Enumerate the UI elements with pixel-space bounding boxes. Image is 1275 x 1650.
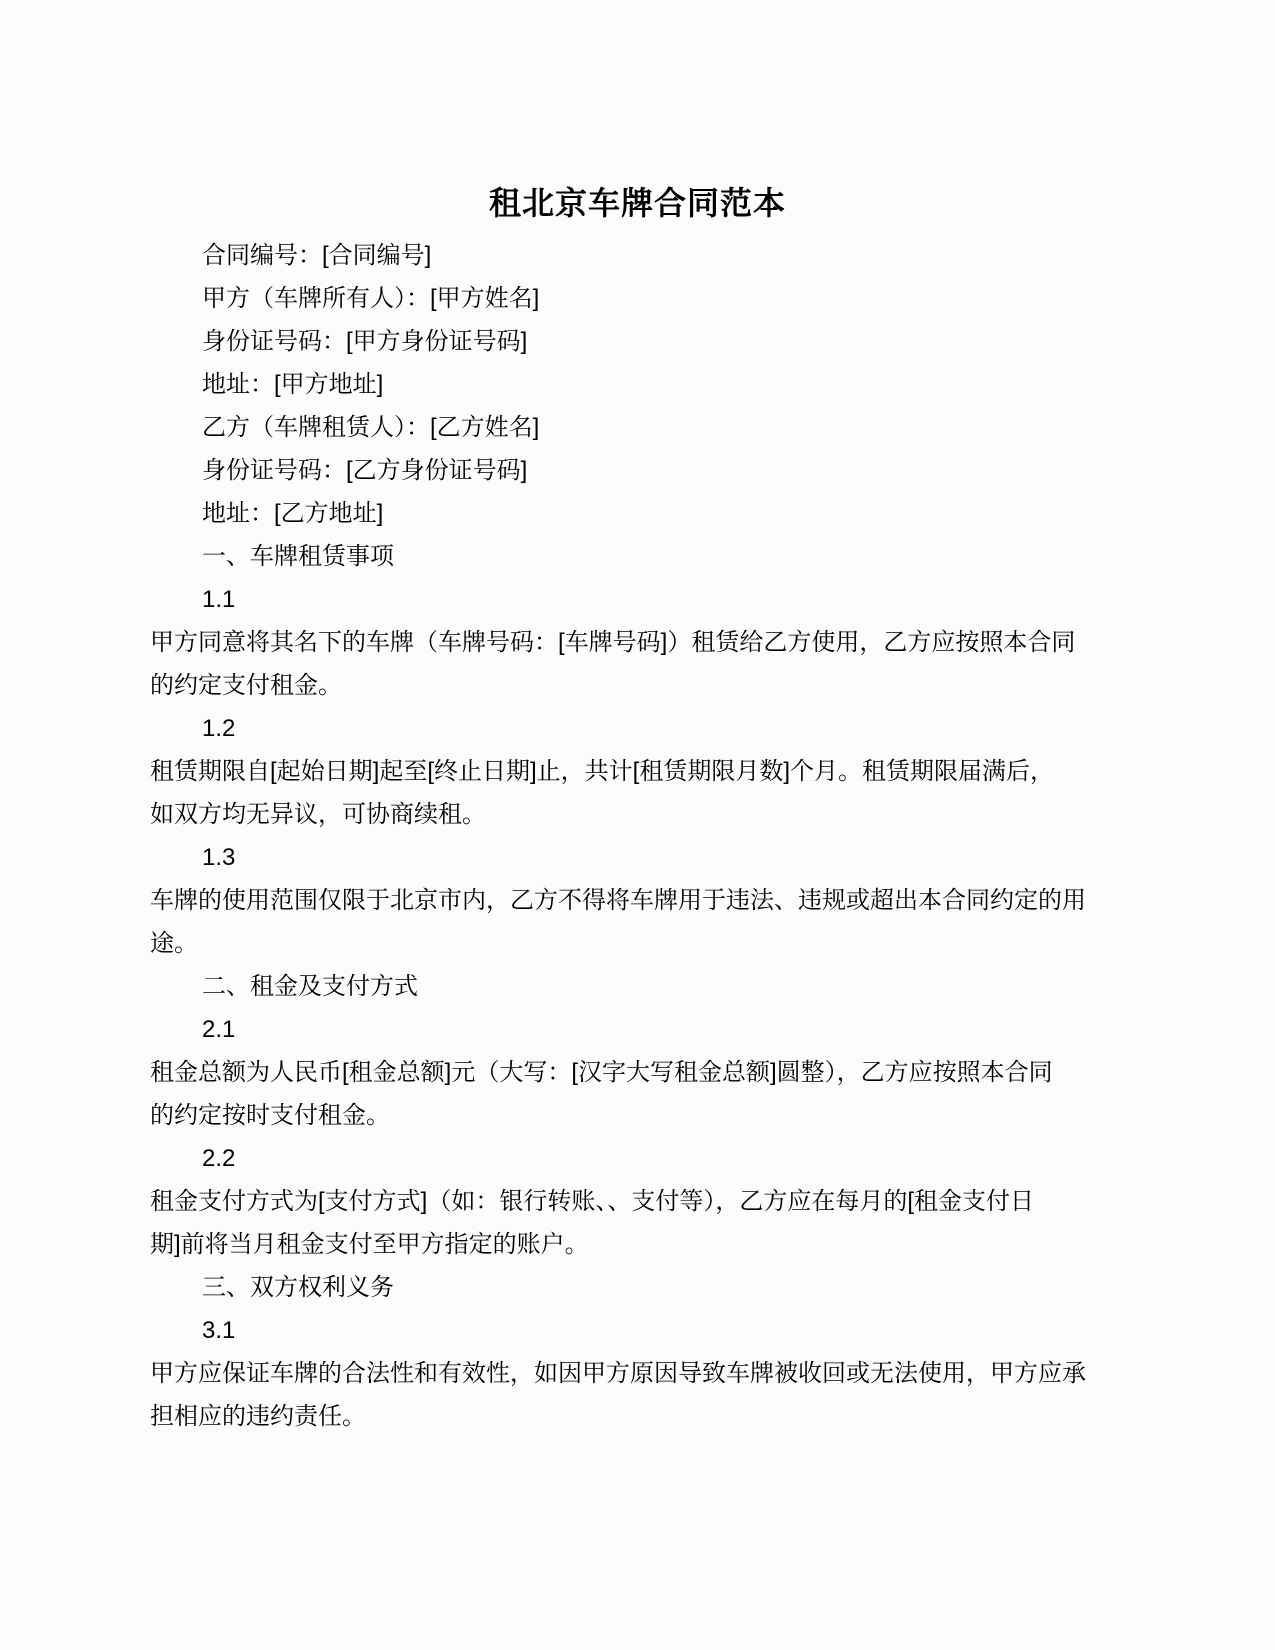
section-heading: 二、租金及支付方式 bbox=[150, 965, 1260, 1008]
clause-text: 租金总额为人民币[租金总额]元（大写：[汉字大写租金总额]圆整），乙方应按照本合… bbox=[150, 1051, 1260, 1137]
section-heading: 三、双方权利义务 bbox=[150, 1266, 1260, 1309]
document-title: 租北京车牌合同范本 bbox=[0, 0, 1275, 224]
party-a-id-line: 身份证号码：[甲方身份证号码] bbox=[150, 320, 1260, 363]
clause-number: 2.1 bbox=[150, 1008, 1260, 1051]
clause-text: 甲方同意将其名下的车牌（车牌号码：[车牌号码]）租赁给乙方使用，乙方应按照本合同… bbox=[150, 621, 1260, 707]
clause-number: 1.3 bbox=[150, 836, 1260, 879]
party-a-line: 甲方（车牌所有人）：[甲方姓名] bbox=[150, 277, 1260, 320]
party-a-address-line: 地址：[甲方地址] bbox=[150, 363, 1260, 406]
clause-text: 甲方应保证车牌的合法性和有效性，如因甲方原因导致车牌被收回或无法使用，甲方应承 … bbox=[150, 1352, 1260, 1438]
clause-text: 租赁期限自[起始日期]起至[终止日期]止，共计[租赁期限月数]个月。租赁期限届满… bbox=[150, 750, 1260, 836]
contract-number-line: 合同编号：[合同编号] bbox=[150, 234, 1260, 277]
clause-number: 3.1 bbox=[150, 1309, 1260, 1352]
clause-number: 2.2 bbox=[150, 1137, 1260, 1180]
clause-number: 1.1 bbox=[150, 578, 1260, 621]
section-heading: 一、车牌租赁事项 bbox=[150, 535, 1260, 578]
document-page: 租北京车牌合同范本 合同编号：[合同编号]甲方（车牌所有人）：[甲方姓名]身份证… bbox=[0, 0, 1275, 1650]
document-body: 合同编号：[合同编号]甲方（车牌所有人）：[甲方姓名]身份证号码：[甲方身份证号… bbox=[150, 234, 1260, 1438]
party-b-id-line: 身份证号码：[乙方身份证号码] bbox=[150, 449, 1260, 492]
party-b-address-line: 地址：[乙方地址] bbox=[150, 492, 1260, 535]
clause-number: 1.2 bbox=[150, 707, 1260, 750]
clause-text: 车牌的使用范围仅限于北京市内，乙方不得将车牌用于违法、违规或超出本合同约定的用 … bbox=[150, 879, 1260, 965]
party-b-line: 乙方（车牌租赁人）：[乙方姓名] bbox=[150, 406, 1260, 449]
clause-text: 租金支付方式为[支付方式]（如：银行转账、、支付等），乙方应在每月的[租金支付日… bbox=[150, 1180, 1260, 1266]
